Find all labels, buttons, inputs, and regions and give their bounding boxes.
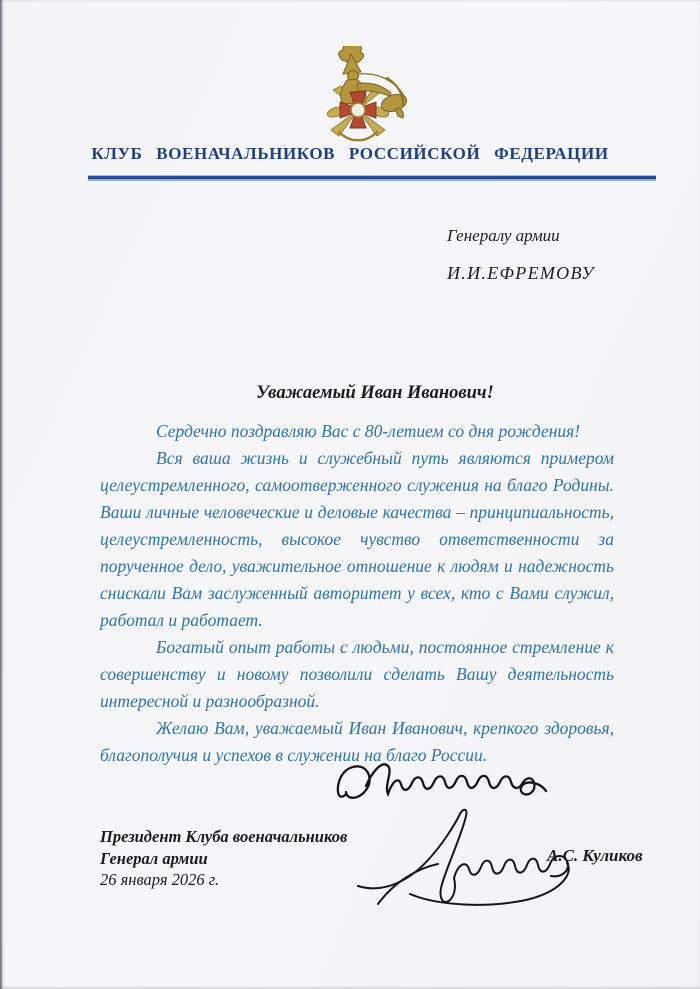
letter-date: 26 января 2026 г. [100, 869, 347, 891]
organization-name: КЛУБ ВОЕНАЧАЛЬНИКОВ РОССИЙСКОЙ ФЕДЕРАЦИИ [0, 144, 700, 164]
letter-paragraph: Сердечно поздравляю Вас с 80-летием со д… [100, 418, 614, 445]
header-rule [88, 175, 656, 181]
letter-paragraph: Богатый опыт работы с людьми, постоянное… [100, 634, 614, 715]
letter-paragraph: Вся ваша жизнь и служебный путь являются… [100, 445, 614, 634]
recipient-rank: Генералу армии [447, 226, 595, 246]
recipient-name: И.И.ЕФРЕМОВУ [447, 263, 595, 284]
recipient-block: Генералу армии И.И.ЕФРЕМОВУ [447, 226, 595, 284]
club-emblem-icon [295, 46, 421, 144]
signer-name: А.С. Куликов [547, 846, 643, 866]
emblem-center-medallion [351, 103, 365, 117]
signer-title-block: Президент Клуба военачальников Генерал а… [100, 826, 347, 891]
letter-body: Сердечно поздравляю Вас с 80-летием со д… [100, 418, 614, 769]
signer-title: Президент Клуба военачальников [100, 826, 347, 848]
signer-rank: Генерал армии [100, 848, 347, 870]
salutation: Уважаемый Иван Иванович! [100, 383, 612, 404]
letter-document: КЛУБ ВОЕНАЧАЛЬНИКОВ РОССИЙСКОЙ ФЕДЕРАЦИИ… [0, 0, 700, 989]
